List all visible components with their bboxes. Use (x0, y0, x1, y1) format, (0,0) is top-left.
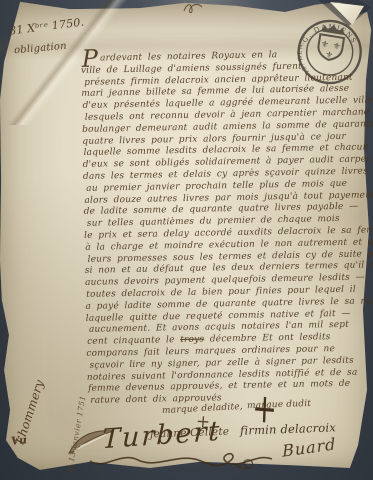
manuscript-body: Pardevant les notaires Royaux en la vill… (81, 48, 373, 408)
photographed-document: 31 Xᵇʳᵉ 1750. obligation G. DAMIENS 15. … (0, 0, 373, 480)
struck-word: troys (180, 335, 204, 345)
vu-annotation: Vu (10, 433, 28, 448)
top-paraph-icon (182, 1, 204, 15)
feather-paraph-icon (66, 425, 120, 457)
